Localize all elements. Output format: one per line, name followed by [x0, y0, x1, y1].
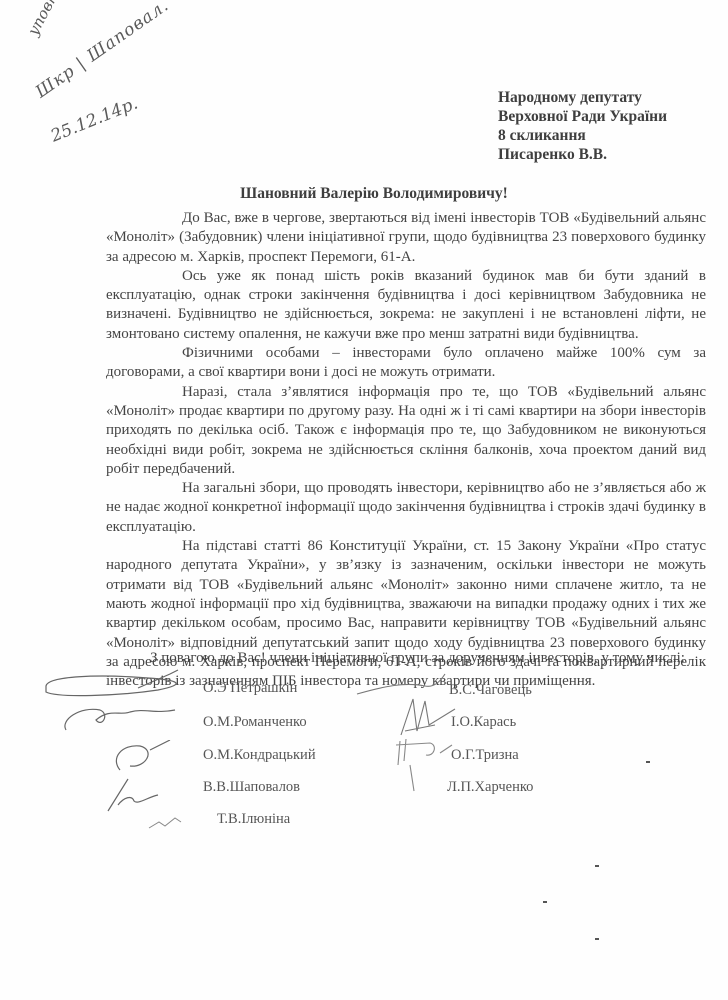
paragraph: Наразі, стала з’являтися інформація про … [106, 383, 706, 479]
signature-scribble-icon [38, 668, 188, 704]
paragraph: До Вас, вже в чергове, звертаються від і… [106, 209, 706, 267]
signatory-name: О.Г.Тризна [451, 747, 519, 764]
signatory-name: В.С.Чаговець [449, 682, 532, 699]
signatory-name: В.В.Шаповалов [203, 779, 300, 796]
addressee-line: Писаренко В.В. [498, 145, 667, 164]
closing-line: З повагою до Вас! члени ініціативної гру… [150, 650, 685, 667]
scan-speck [646, 761, 650, 763]
handwritten-note-date: 25.12.14р. [48, 94, 141, 147]
addressee-block: Народному депутату Верховної Ради Україн… [498, 88, 667, 164]
signatory-name: О.Э Петрашкін [203, 680, 297, 697]
addressee-line: Верховної Ради України [498, 107, 667, 126]
addressee-line: 8 скликання [498, 126, 667, 145]
signature-scribble-icon [100, 775, 180, 815]
scan-speck [543, 901, 547, 903]
signatory-name: Л.П.Харченко [447, 779, 533, 796]
scanned-letter-page: уповн. Шкр | Шаповал. 25.12.14р. Народно… [0, 0, 728, 1000]
paragraph: Фізичними особами – інвесторами було опл… [106, 344, 706, 383]
signature-scribble-icon [355, 668, 455, 698]
handwritten-resolution-note: уповн. Шкр | Шаповал. 25.12.14р. [10, 8, 160, 128]
scan-speck [595, 938, 599, 940]
signatory-name: І.О.Карась [451, 714, 516, 731]
signature-scribble-icon [60, 700, 180, 740]
salutation: Шановний Валерію Володимировичу! [0, 185, 728, 203]
scan-speck [595, 865, 599, 867]
signature-scribble-icon [145, 812, 185, 832]
signatory-name: Т.В.Ілюніна [217, 811, 290, 828]
letter-body: До Вас, вже в чергове, звертаються від і… [106, 209, 706, 691]
paragraph: На загальні збори, що проводять інвестор… [106, 479, 706, 537]
paragraph: Ось уже як понад шість років вказаний бу… [106, 267, 706, 344]
signature-scribble-icon [100, 740, 180, 780]
signatory-name: О.М.Кондрацький [203, 747, 316, 764]
handwritten-note-line-2: Шкр | Шаповал. [32, 0, 173, 102]
handwritten-note-line-1: уповн. [24, 0, 64, 38]
signatory-name: О.М.Романченко [203, 714, 307, 731]
addressee-line: Народному депутату [498, 88, 667, 107]
